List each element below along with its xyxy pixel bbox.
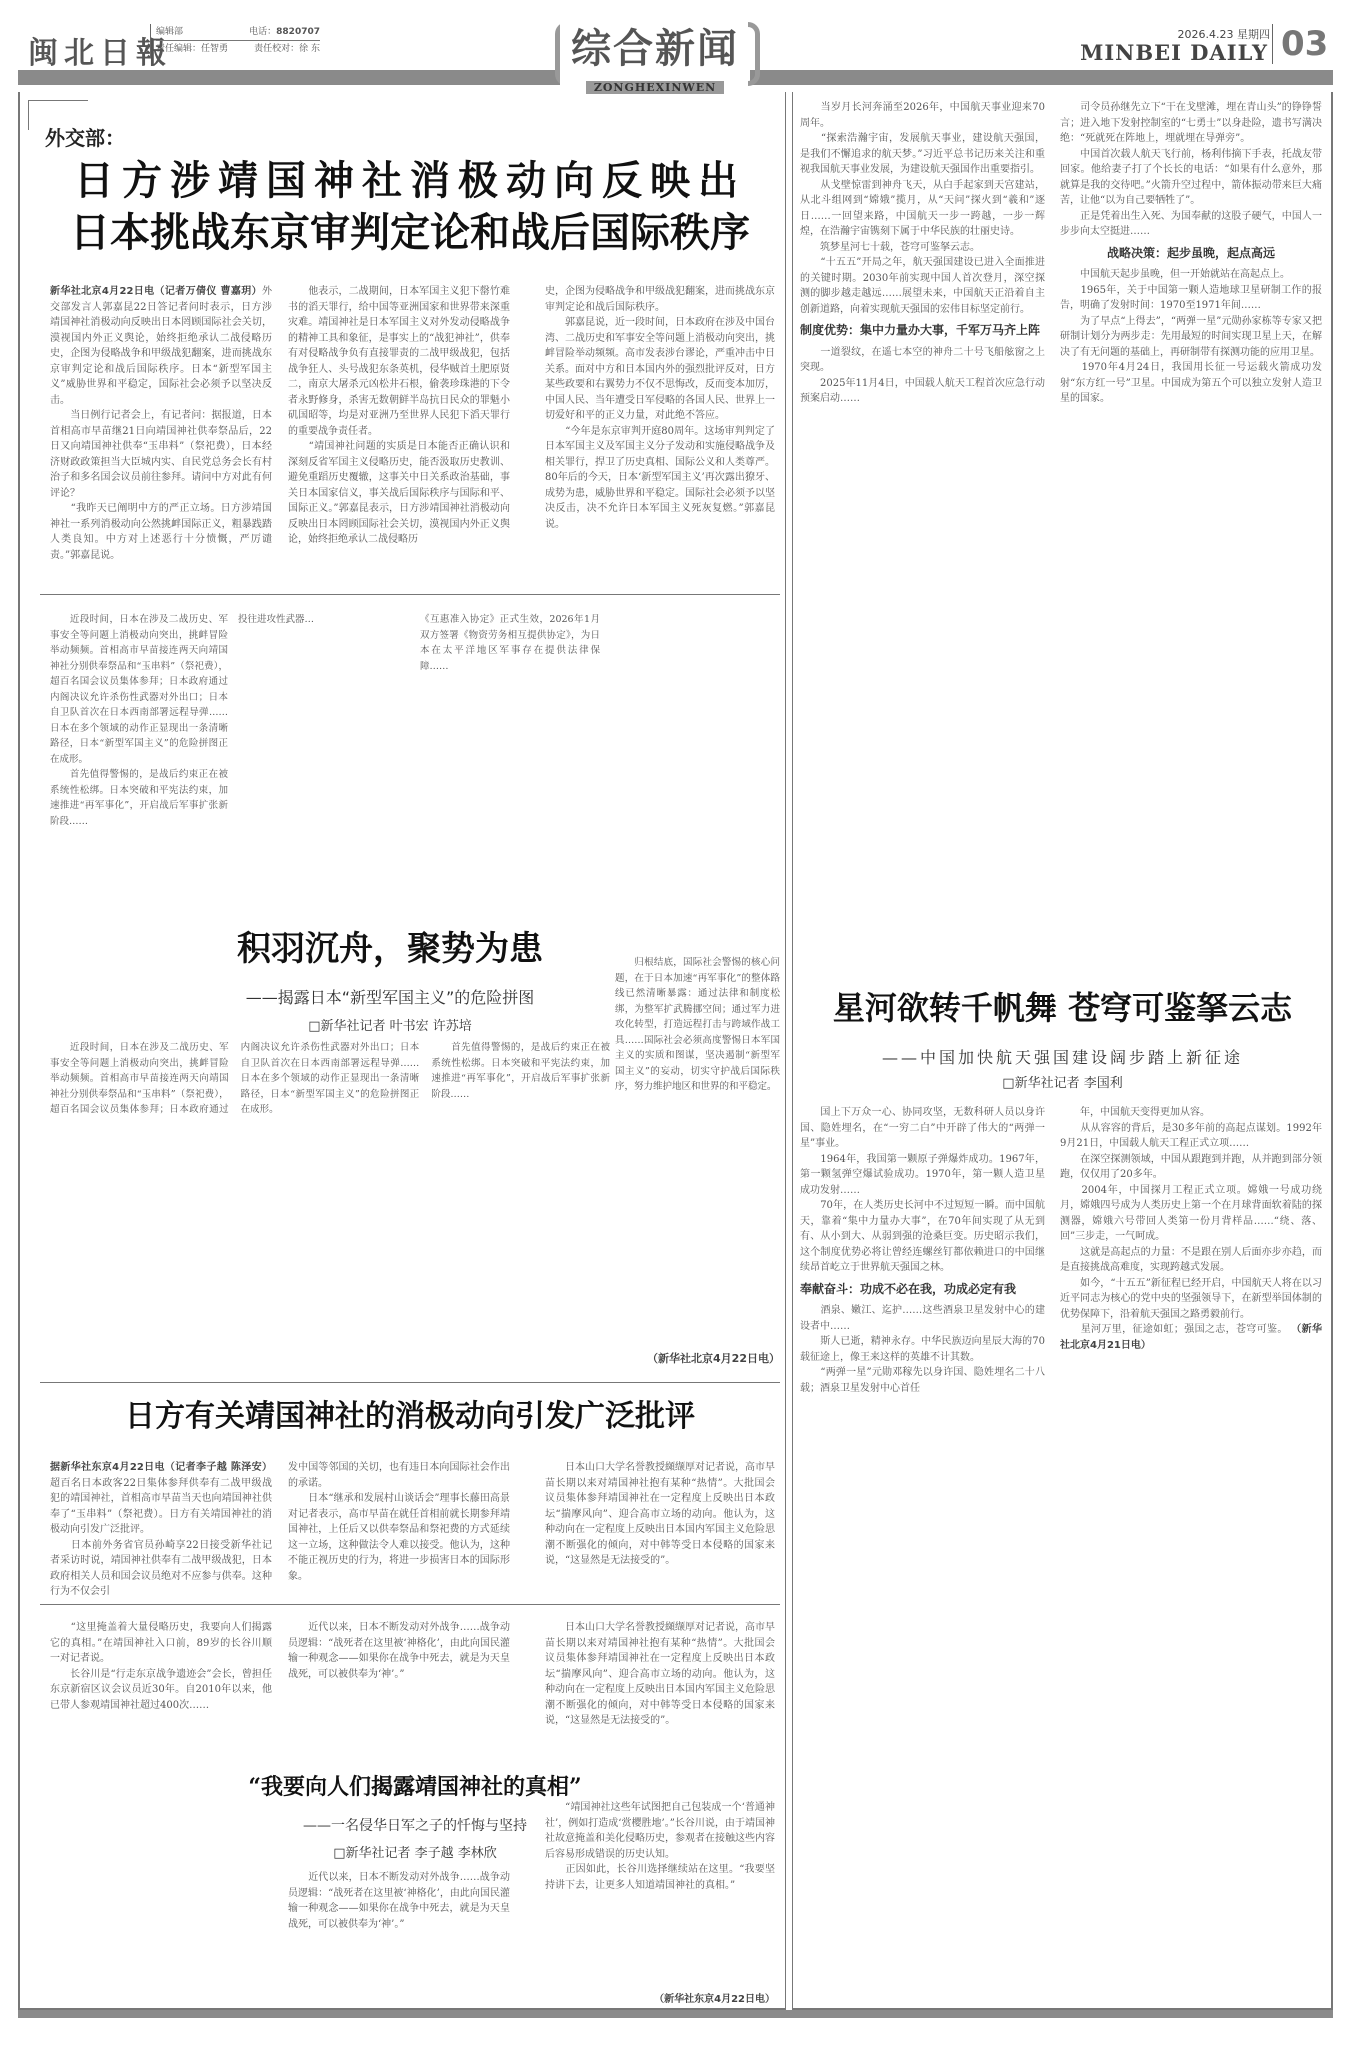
article1-col2: 他表示，二战期间，日本军国主义犯下罄竹难书的滔天罪行，给中国等亚洲国家和世界带来… xyxy=(288,284,510,574)
article4-col3: “靖国神社这些年试图把自己包装成一个‘普通神社’，例如打造成‘赏樱胜地’。”长谷… xyxy=(545,1800,775,1990)
article1-divider xyxy=(40,594,780,595)
section-title: 综合新闻 ZONGHEXINWEN xyxy=(560,22,750,92)
article1-col1: 新华社北京4月22日电（记者万倩仪 曹嘉玥）外交部发言人郭嘉昆22日答记者问时表… xyxy=(50,284,272,574)
article5-col3: 国上下万众一心、协同攻坚，无数科研人员以身许国、隐姓埋名，在“一穷二白”中开辟了… xyxy=(800,1105,1045,2005)
bracket-right-decor xyxy=(748,22,760,86)
article4-col2-bottom: 近代以来，日本不断发动对外战争……战争动员逻辑：“战死者在这里被‘神格化’，由此… xyxy=(288,1870,510,2000)
article5-subtitle: ——中国加快航天强国建设阔步踏上新征途 xyxy=(800,1045,1325,1068)
article3-col1: 据新华社东京4月22日电（记者李子越 陈泽安）超百名日本政客22日集体参拜供奉有… xyxy=(50,1460,272,1595)
article2-subtitle: ——揭露日本“新型军国主义”的危险拼图 xyxy=(200,985,580,1008)
article2-col2: 投往进攻性武器… xyxy=(238,612,410,932)
article3-col1-text: 超百名日本政客22日集体参拜供奉有二战甲级战犯的靖国神社，首相高市早苗当天也向靖… xyxy=(50,1478,272,1596)
article5-col2: 司令员孙继先立下“干在戈壁滩，埋在青山头”的铮铮誓言；进入地下发射控制室的“七勇… xyxy=(1060,100,1322,960)
article5-subhead2: 战略决策：起步虽晚，起点高远 xyxy=(1060,246,1322,262)
article1-headline-line2: 日本挑战东京审判定论和战后国际秩序 xyxy=(40,210,780,256)
editorial-info: 编辑部电话：8820707 责任编辑：任智勇责任校对：徐 东 xyxy=(150,24,320,58)
article5-col2-mid: 中国航天起步虽晚，但一开始就站在高起点上。 1965年，关于中国第一颗人造地球卫… xyxy=(1060,267,1322,407)
article2-col3: 《互惠准入协定》正式生效，2026年1月双方签署《物资劳务相互提供协定》，为日本… xyxy=(420,612,600,932)
article2-col4-text: 归根结底，国际社会警惕的核心问题，在于日本加速“再军事化”的整体路线已然清晰暴露… xyxy=(615,957,780,1092)
article4-col3-top: 日本山口大学名誉教授纐缬厚对记者说，高市早苗长期以来对靖国神社抱有某种“热情”。… xyxy=(545,1620,775,1770)
masthead: 闽北日報 编辑部电话：8820707 责任编辑：任智勇责任校对：徐 东 综合新闻… xyxy=(0,0,1349,90)
article3-col2: 发中国等邻国的关切，也有违日本向国际社会作出的承诺。 日本“继承和发展村山谈话会… xyxy=(288,1460,510,1595)
article5-col1: 当岁月长河奔涌至2026年，中国航天事业迎来70周年。 “探索浩瀚宇宙，发展航天… xyxy=(800,100,1045,960)
phone-label: 电话： xyxy=(249,27,276,37)
article2-col1: 近段时间，日本在涉及二战历史、军事安全等问题上消极动向突出，挑衅冒险举动频频。首… xyxy=(50,612,228,962)
article3-col3: 日本山口大学名誉教授纐缬厚对记者说，高市早苗长期以来对靖国神社抱有某种“热情”。… xyxy=(545,1460,775,1595)
article1-col1-text: 外交部发言人郭嘉昆22日答记者问时表示，日方涉靖国神社消极动向反映出日本罔顾国际… xyxy=(50,286,272,561)
article5-headline: 星河欲转千帆舞 苍穹可鉴拏云志 xyxy=(800,990,1325,1027)
article5-subhead1: 制度优势：集中力量办大事，千军万马齐上阵 xyxy=(800,323,1045,339)
article1-kicker: 外交部： xyxy=(45,122,125,151)
paper-name-en: MINBEI DAILY xyxy=(1030,40,1268,65)
article3-headline: 日方有关靖国神社的消极动向引发广泛批评 xyxy=(40,1400,780,1435)
article4-headline: “我要向人们揭露靖国神社的真相” xyxy=(230,1775,600,1800)
article1-col3: 史，企图为侵略战争和甲级战犯翻案，进而挑战东京审判定论和战后国际秩序。 郭嘉昆说… xyxy=(545,284,775,574)
article1-headline-line1: 日方涉靖国神社消极动向反映出 xyxy=(40,158,780,204)
article5-byline: □新华社记者 李国利 xyxy=(800,1072,1325,1091)
phone-number: 8820707 xyxy=(276,27,320,37)
article2-lower: 近段时间，日本在涉及二战历史、军事安全等问题上消极动向突出，挑衅冒险举动频频。首… xyxy=(50,1040,610,1310)
article3-dateline: 据新华社东京4月22日电（记者李子越 陈泽安） xyxy=(50,1462,272,1473)
article5-col1-top: 当岁月长河奔涌至2026年，中国航天事业迎来70周年。 “探索浩瀚宇宙，发展航天… xyxy=(800,100,1045,317)
section-name: 综合新闻 xyxy=(560,22,750,76)
article2-divider xyxy=(40,1382,780,1383)
article5-col4-text: 年，中国航天变得更加从容。 从从容容的背后，是30多年前的高起点谋划。1992年… xyxy=(1060,1107,1322,1335)
article4-col1: “这里掩盖着大量侵略历史，我要向人们揭露它的真相。”在靖国神社入口前，89岁的长… xyxy=(50,1620,272,2000)
article1-dateline: 新华社北京4月22日电（记者万倩仪 曹嘉玥） xyxy=(50,286,262,297)
chief-editor: 责任编辑：任智勇 xyxy=(156,41,228,58)
article2-signoff: （新华社北京4月22日电） xyxy=(615,1350,780,1366)
article5-col4: 年，中国航天变得更加从容。 从从容容的背后，是30多年前的高起点谋划。1992年… xyxy=(1060,1105,1322,2005)
article4-col2: 近代以来，日本不断发动对外战争……战争动员逻辑：“战死者在这里被‘神格化’，由此… xyxy=(288,1620,510,1770)
article3-divider xyxy=(40,1604,780,1605)
article5-col3-bottom: 酒泉、嫩江、迄护……这些酒泉卫星发射中心的建设者中…… 斯人已逝，精神永存。中华… xyxy=(800,1303,1045,1396)
article2-col4: 归根结底，国际社会警惕的核心问题，在于日本加速“再军事化”的整体路线已然清晰暴露… xyxy=(615,955,780,1350)
editorial-dept: 编辑部 xyxy=(156,24,183,40)
article5-col2-top: 司令员孙继先立下“干在戈壁滩，埋在青山头”的铮铮誓言；进入地下发射控制室的“七勇… xyxy=(1060,100,1322,240)
article4-col3-text: “靖国神社这些年试图把自己包装成一个‘普通神社’，例如打造成‘赏樱胜地’。”长谷… xyxy=(545,1802,775,1891)
article4-signoff: （新华社东京4月22日电） xyxy=(545,1990,775,2005)
article5-subhead3: 奉献奋斗：功成不必在我，功成必定有我 xyxy=(800,1282,1045,1298)
article5-col1-mid: 一道裂纹，在遥七本空的神舟二十号飞船舷窗之上突现。 2025年11月4日，中国载… xyxy=(800,345,1045,407)
proofreader: 责任校对：徐 东 xyxy=(254,41,320,58)
article5-col3-text: 国上下万众一心、协同攻坚，无数科研人员以身许国、隐姓埋名，在“一穷二白”中开辟了… xyxy=(800,1105,1045,1276)
article2-byline: □新华社记者 叶书宏 许苏培 xyxy=(200,1015,580,1034)
page-number: 03 xyxy=(1272,24,1328,64)
article2-headline: 积羽沉舟，聚势为患 xyxy=(200,930,580,969)
footer-bar xyxy=(18,2010,1333,2018)
